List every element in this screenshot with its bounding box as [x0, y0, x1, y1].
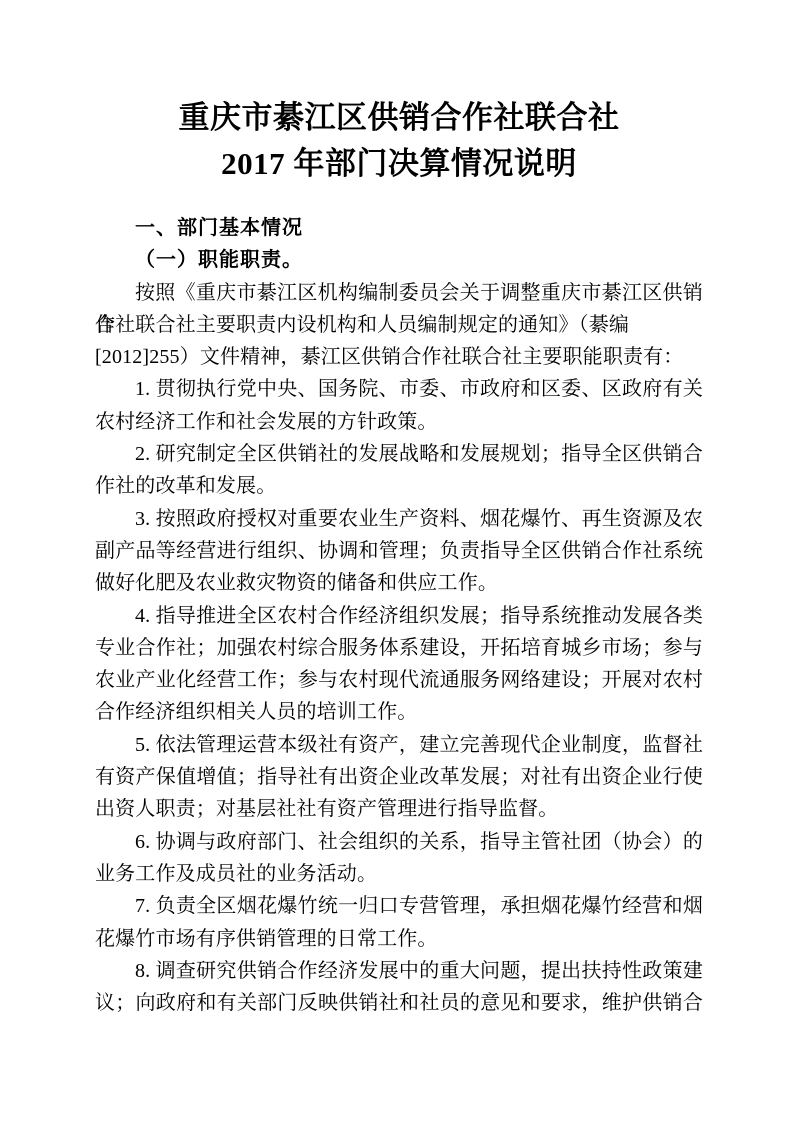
text-line: 8. 调查研究供销合作经济发展中的重大问题，提出扶持性政策建 — [95, 955, 703, 987]
text-line: [2012]255）文件精神，綦江区供销合作社联合社主要职能职责有： — [95, 341, 703, 373]
section-heading: 一、部门基本情况 — [95, 212, 703, 244]
text-line: 3. 按照政府授权对重要农业生产资料、烟花爆竹、再生资源及农 — [95, 503, 703, 535]
text-line: 花爆竹市场有序供销管理的日常工作。 — [95, 923, 703, 955]
text-line: 7. 负责全区烟花爆竹统一归口专营管理，承担烟花爆竹经营和烟 — [95, 890, 703, 922]
text-line: 农村经济工作和社会发展的方针政策。 — [95, 406, 703, 438]
text-line: 副产品等经营进行组织、协调和管理；负责指导全区供销合作社系统 — [95, 535, 703, 567]
text-line: 5. 依法管理运营本级社有资产，建立完善现代企业制度，监督社 — [95, 729, 703, 761]
document-title-line2: 2017 年部门决算情况说明 — [95, 141, 703, 187]
text-line: 2. 研究制定全区供销社的发展战略和发展规划；指导全区供销合 — [95, 438, 703, 470]
document-body: 一、部门基本情况 （一）职能职责。 按照《重庆市綦江区机构编制委员会关于调整重庆… — [95, 212, 703, 1019]
text-line: 6. 协调与政府部门、社会组织的关系，指导主管社团（协会）的 — [95, 826, 703, 858]
text-line: 作社联合社主要职责内设机构和人员编制规定的通知》（綦编 — [95, 309, 703, 341]
text-line: 4. 指导推进全区农村合作经济组织发展；指导系统推动发展各类 — [95, 600, 703, 632]
text-line: 按照《重庆市綦江区机构编制委员会关于调整重庆市綦江区供销合 — [95, 277, 703, 309]
text-line: 议；向政府和有关部门反映供销社和社员的意见和要求，维护供销合 — [95, 987, 703, 1019]
document-title: 重庆市綦江区供销合作社联合社 2017 年部门决算情况说明 — [95, 95, 703, 187]
text-line: 出资人职责；对基层社社有资产管理进行指导监督。 — [95, 793, 703, 825]
document-page: 重庆市綦江区供销合作社联合社 2017 年部门决算情况说明 一、部门基本情况 （… — [0, 0, 793, 1122]
text-line: 业务工作及成员社的业务活动。 — [95, 858, 703, 890]
text-line: 作社的改革和发展。 — [95, 470, 703, 502]
document-title-line1: 重庆市綦江区供销合作社联合社 — [95, 95, 703, 141]
subsection-heading: （一）职能职责。 — [95, 244, 703, 276]
text-line: 农业产业化经营工作；参与农村现代流通服务网络建设；开展对农村 — [95, 664, 703, 696]
text-line: 有资产保值增值；指导社有出资企业改革发展；对社有出资企业行使 — [95, 761, 703, 793]
text-line: 做好化肥及农业救灾物资的储备和供应工作。 — [95, 567, 703, 599]
text-line: 1. 贯彻执行党中央、国务院、市委、市政府和区委、区政府有关 — [95, 373, 703, 405]
text-line: 专业合作社；加强农村综合服务体系建设，开拓培育城乡市场；参与 — [95, 632, 703, 664]
text-line: 合作经济组织相关人员的培训工作。 — [95, 696, 703, 728]
document-content: 重庆市綦江区供销合作社联合社 2017 年部门决算情况说明 一、部门基本情况 （… — [95, 95, 703, 1019]
